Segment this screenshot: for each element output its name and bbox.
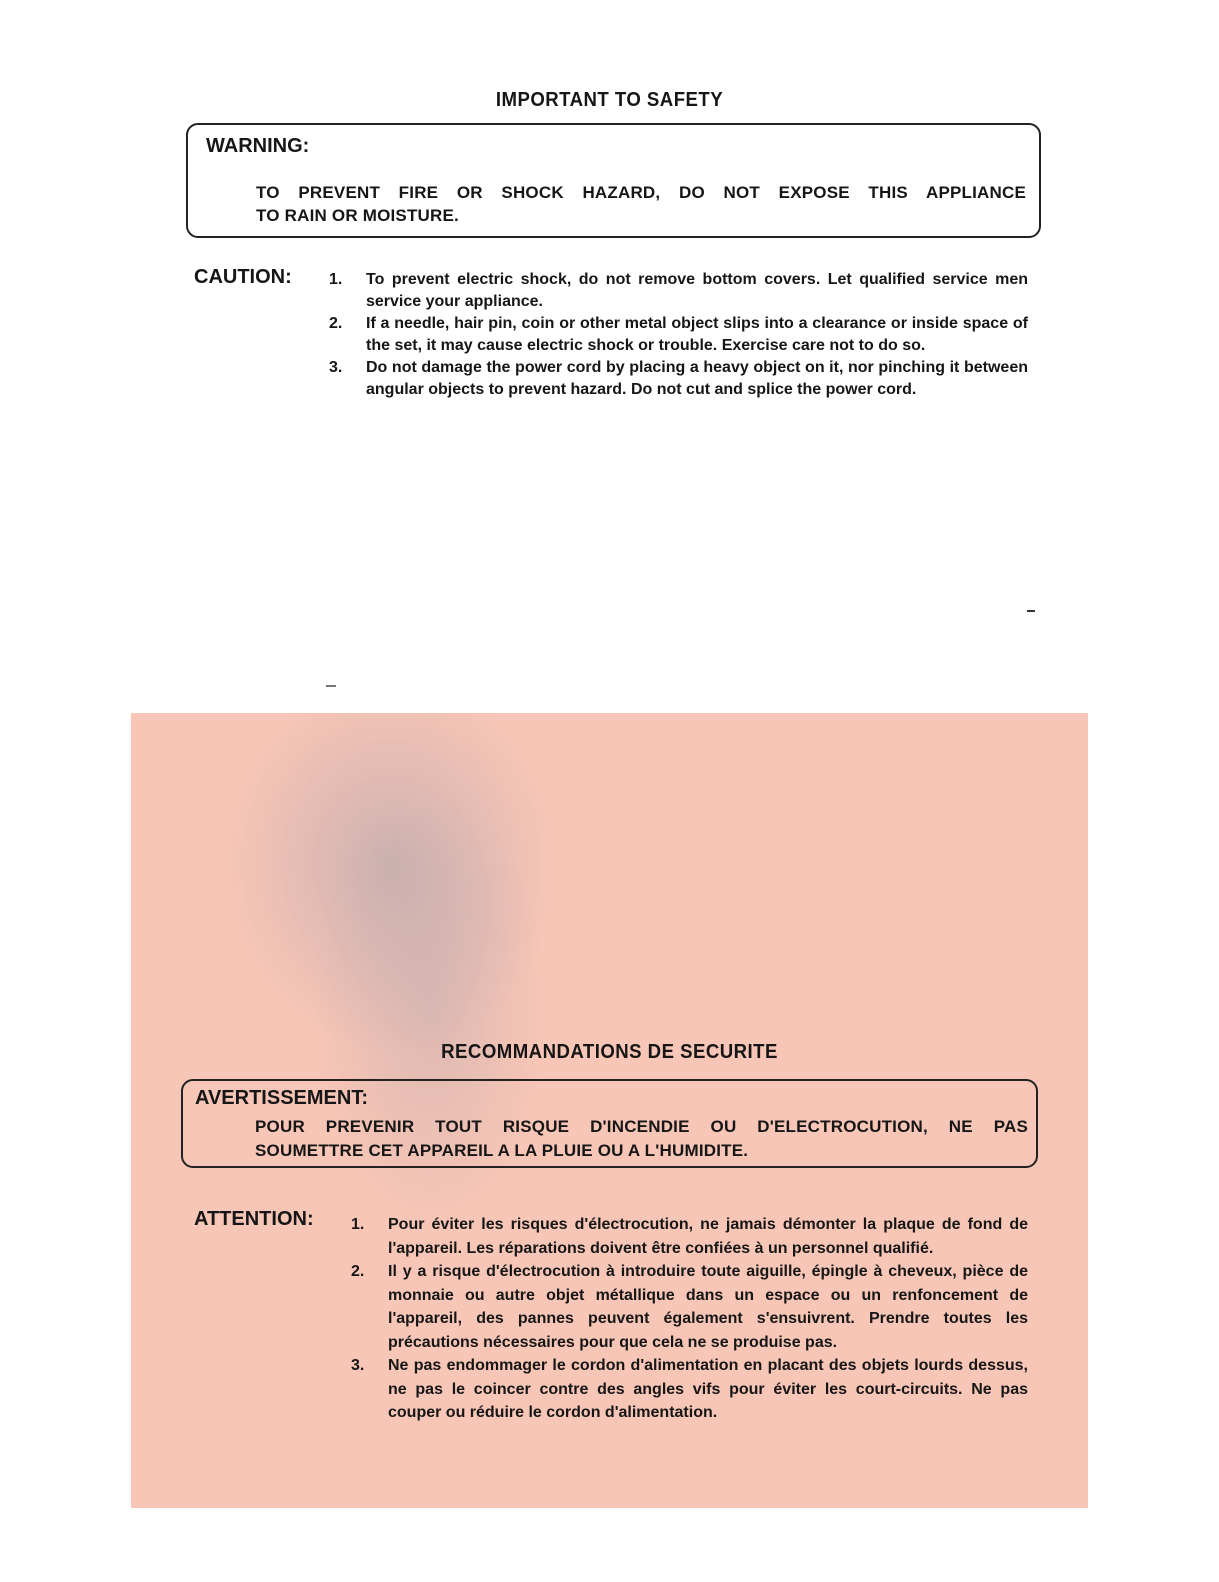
attention-item-number: 3. xyxy=(351,1354,364,1378)
caution-item-text: Do not damage the power cord by placing … xyxy=(366,359,1028,398)
attention-list: 1. Pour éviter les risques d'électrocuti… xyxy=(388,1213,1028,1425)
caution-item: 2. If a needle, hair pin, coin or other … xyxy=(366,313,1028,357)
caution-list: 1. To prevent electric shock, do not rem… xyxy=(366,269,1028,401)
caution-item-text: If a needle, hair pin, coin or other met… xyxy=(366,315,1028,354)
attention-item: 2. Il y a risque d'électrocution à intro… xyxy=(388,1260,1028,1354)
warning-box: WARNING: TO PREVENT FIRE OR SHOCK HAZARD… xyxy=(186,123,1041,238)
french-title: RECOMMANDATIONS DE SECURITE xyxy=(43,1041,1177,1064)
caution-item: 3. Do not damage the power cord by placi… xyxy=(366,357,1028,401)
attention-item-text: Il y a risque d'électrocution à introdui… xyxy=(388,1263,1028,1351)
caution-item-number: 1. xyxy=(329,269,342,291)
attention-item: 3. Ne pas endommager le cordon d'aliment… xyxy=(388,1354,1028,1425)
scan-mark xyxy=(1027,610,1035,612)
scan-mark xyxy=(326,685,336,687)
attention-item-text: Ne pas endommager le cordon d'alimentati… xyxy=(388,1357,1028,1421)
caution-item-text: To prevent electric shock, do not remove… xyxy=(366,271,1028,310)
warning-text-line1: TO PREVENT FIRE OR SHOCK HAZARD, DO NOT … xyxy=(256,181,1026,204)
warning-label: WARNING: xyxy=(206,135,309,158)
warning-text-line2: TO RAIN OR MOISTURE. xyxy=(256,204,1026,227)
avertissement-box: AVERTISSEMENT: POUR PREVENIR TOUT RISQUE… xyxy=(181,1079,1038,1168)
avertissement-label: AVERTISSEMENT: xyxy=(195,1087,368,1110)
attention-label: ATTENTION: xyxy=(194,1208,314,1231)
english-title: IMPORTANT TO SAFETY xyxy=(43,89,1177,112)
attention-item-text: Pour éviter les risques d'électrocution,… xyxy=(388,1216,1028,1257)
avertissement-text-line2: SOUMETTRE CET APPAREIL A LA PLUIE OU A L… xyxy=(255,1139,1028,1162)
attention-item-number: 2. xyxy=(351,1260,364,1284)
caution-item: 1. To prevent electric shock, do not rem… xyxy=(366,269,1028,313)
attention-item: 1. Pour éviter les risques d'électrocuti… xyxy=(388,1213,1028,1260)
attention-item-number: 1. xyxy=(351,1213,364,1237)
caution-label: CAUTION: xyxy=(194,266,292,289)
caution-item-number: 3. xyxy=(329,357,342,379)
caution-item-number: 2. xyxy=(329,313,342,335)
avertissement-text-line1: POUR PREVENIR TOUT RISQUE D'INCENDIE OU … xyxy=(255,1115,1028,1138)
